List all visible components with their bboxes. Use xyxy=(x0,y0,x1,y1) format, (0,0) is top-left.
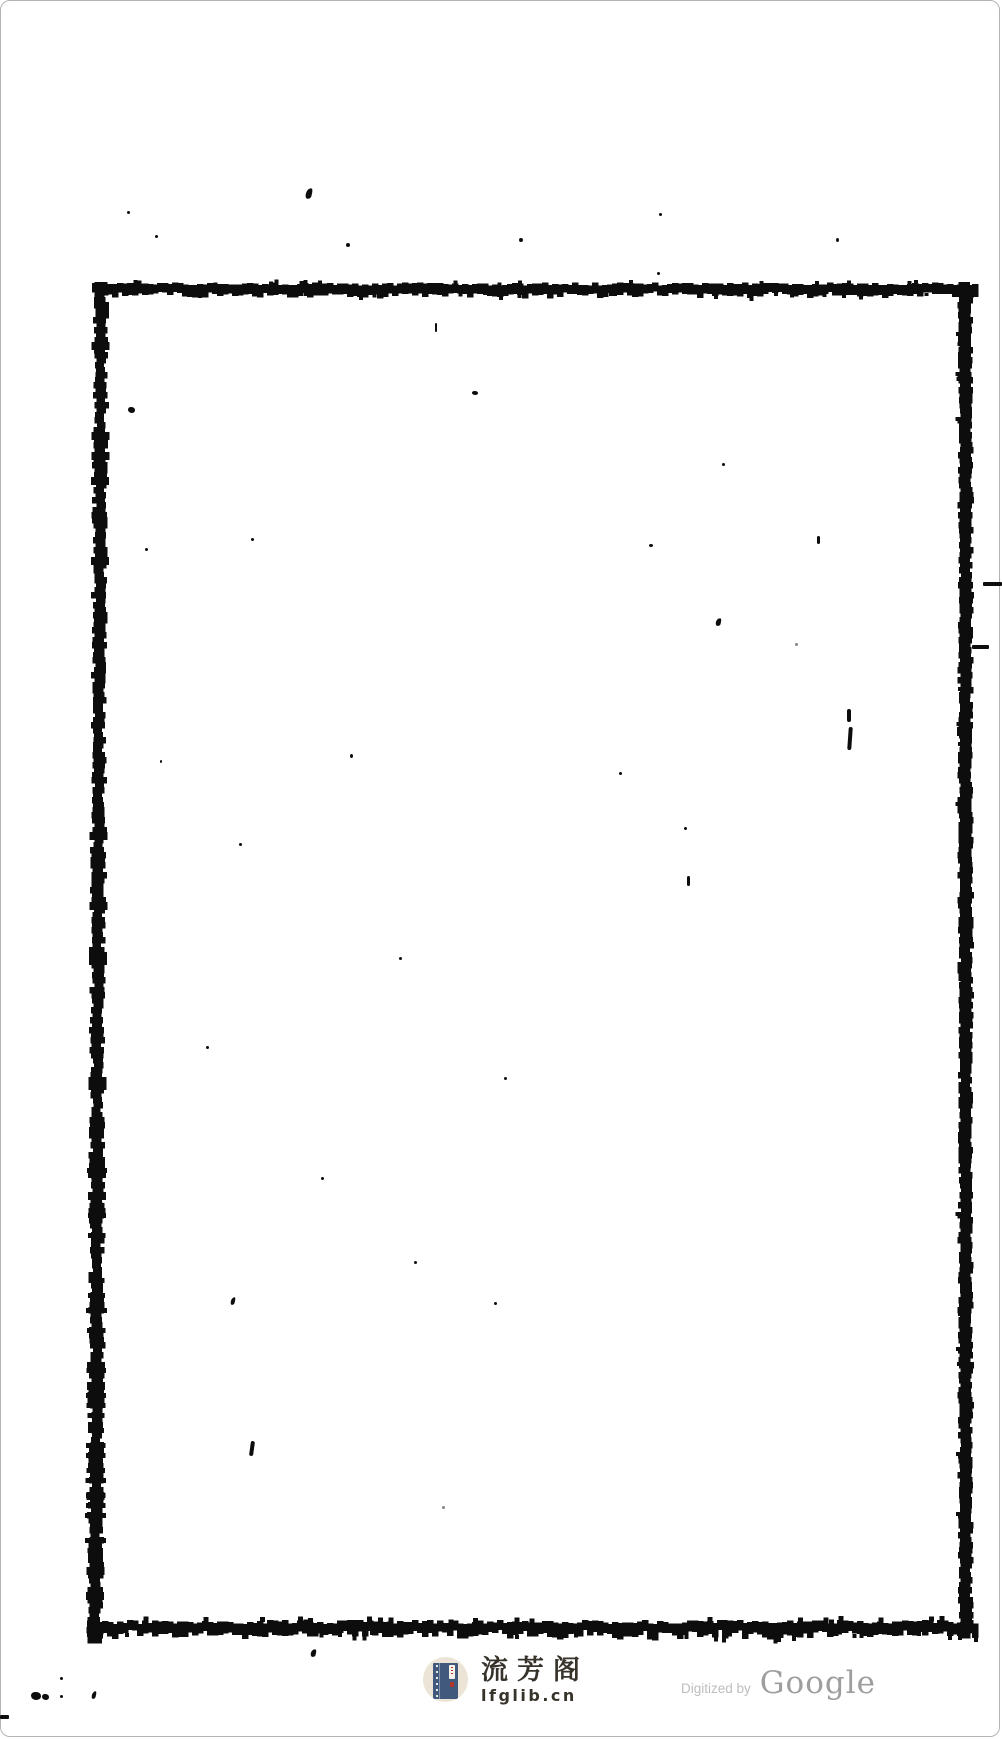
ink-speck xyxy=(145,548,148,551)
ink-speck xyxy=(60,1695,63,1698)
ink-speck xyxy=(722,463,725,466)
ink-speck xyxy=(155,235,158,238)
ink-speck xyxy=(239,843,242,846)
ink-speck xyxy=(847,727,853,750)
ink-speck xyxy=(983,582,1002,586)
ink-speck xyxy=(31,1692,41,1700)
ink-speck xyxy=(127,211,130,214)
ink-speck xyxy=(972,645,989,649)
chinese-book-icon xyxy=(423,1657,468,1702)
google-logo: Google xyxy=(760,1668,876,1699)
book-title-label-text xyxy=(451,1667,453,1676)
ink-speck xyxy=(350,754,353,758)
ink-speck xyxy=(657,272,660,275)
ink-speck xyxy=(206,1046,209,1049)
ink-speck xyxy=(684,827,687,830)
ink-speck xyxy=(91,1691,97,1700)
ink-speck xyxy=(494,1302,497,1305)
ink-speck xyxy=(251,538,254,541)
ink-speck xyxy=(649,544,653,547)
book-seal xyxy=(450,1682,454,1687)
ink-speck xyxy=(795,643,798,646)
ink-speck xyxy=(504,1077,507,1080)
ink-speck xyxy=(687,876,690,886)
ink-speck xyxy=(442,1506,445,1509)
watermark-text: 流芳阁 lfglib.cn xyxy=(481,1657,589,1705)
ink-speck xyxy=(519,238,523,242)
ink-speck xyxy=(0,1715,9,1719)
ink-speck xyxy=(619,772,622,775)
ink-speck xyxy=(321,1177,324,1180)
ink-speck xyxy=(310,1648,317,1657)
lfglib-watermark: 流芳阁 lfglib.cn xyxy=(423,1657,589,1705)
ink-speck xyxy=(399,957,402,960)
ink-speck xyxy=(230,1297,236,1306)
book-spine-line xyxy=(439,1663,440,1699)
ink-speck xyxy=(847,709,851,722)
ink-speck xyxy=(346,243,350,247)
book-cover xyxy=(433,1663,458,1699)
watermark-site-domain: lfglib.cn xyxy=(481,1686,589,1705)
ink-specks-layer xyxy=(0,0,1002,1739)
ink-speck xyxy=(128,407,135,413)
book-stitches xyxy=(436,1665,438,1697)
ink-speck xyxy=(249,1441,255,1456)
ink-speck xyxy=(60,1677,63,1680)
ink-speck xyxy=(160,760,162,763)
ink-speck xyxy=(659,213,662,216)
ink-speck xyxy=(836,238,839,242)
watermark-site-name: 流芳阁 xyxy=(481,1657,589,1684)
ink-speck xyxy=(305,187,314,199)
ink-speck xyxy=(472,391,478,395)
digitized-by-label: Digitized by xyxy=(681,1681,751,1696)
ink-speck xyxy=(817,536,820,544)
ink-speck xyxy=(42,1694,49,1700)
google-credit: Digitized by Google xyxy=(681,1668,876,1699)
ink-speck xyxy=(715,617,722,626)
ink-speck xyxy=(414,1261,417,1264)
ink-speck xyxy=(435,323,437,332)
